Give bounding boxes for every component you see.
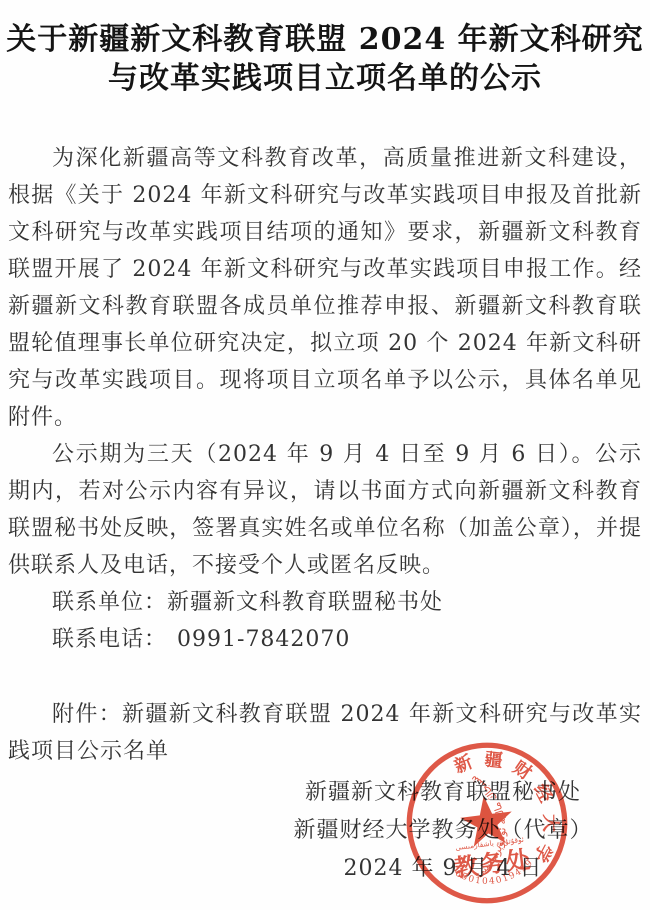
document-body: 为深化新疆高等文科教育改革，高质量推进新文科建设，根据《关于 2024 年新文科…	[8, 140, 642, 770]
title-line-1: 关于新疆新文科教育联盟 2024 年新文科研究	[0, 20, 650, 59]
document-title: 关于新疆新文科教育联盟 2024 年新文科研究 与改革实践项目立项名单的公示	[0, 0, 650, 98]
contact-phone-line: 联系电话：0991-7842070	[8, 621, 642, 658]
paragraph-intro: 为深化新疆高等文科教育改革，高质量推进新文科建设，根据《关于 2024 年新文科…	[8, 140, 642, 436]
announcement-document: 关于新疆新文科教育联盟 2024 年新文科研究 与改革实践项目立项名单的公示 为…	[0, 0, 650, 910]
signature-block: 新疆新文科教育联盟秘书处 新疆财经大学教务处（代章） 2024 年 9 月 4 …	[278, 774, 608, 888]
paragraph-publicity-period: 公示期为三天（2024 年 9 月 4 日至 9 月 6 日）。公示期内，若对公…	[8, 436, 642, 584]
signature-org-line-1: 新疆新文科教育联盟秘书处	[278, 774, 608, 812]
signature-org-line-2: 新疆财经大学教务处（代章）	[278, 812, 608, 850]
contact-unit-line: 联系单位：新疆新文科教育联盟秘书处	[8, 584, 642, 621]
signature-date: 2024 年 9 月 4 日	[278, 850, 608, 888]
attachment-line: 附件：新疆新文科教育联盟 2024 年新文科研究与改革实践项目公示名单	[8, 696, 642, 770]
title-line-2: 与改革实践项目立项名单的公示	[0, 59, 650, 98]
contact-phone-label: 联系电话：	[52, 627, 167, 652]
contact-phone-number: 0991-7842070	[177, 627, 350, 652]
